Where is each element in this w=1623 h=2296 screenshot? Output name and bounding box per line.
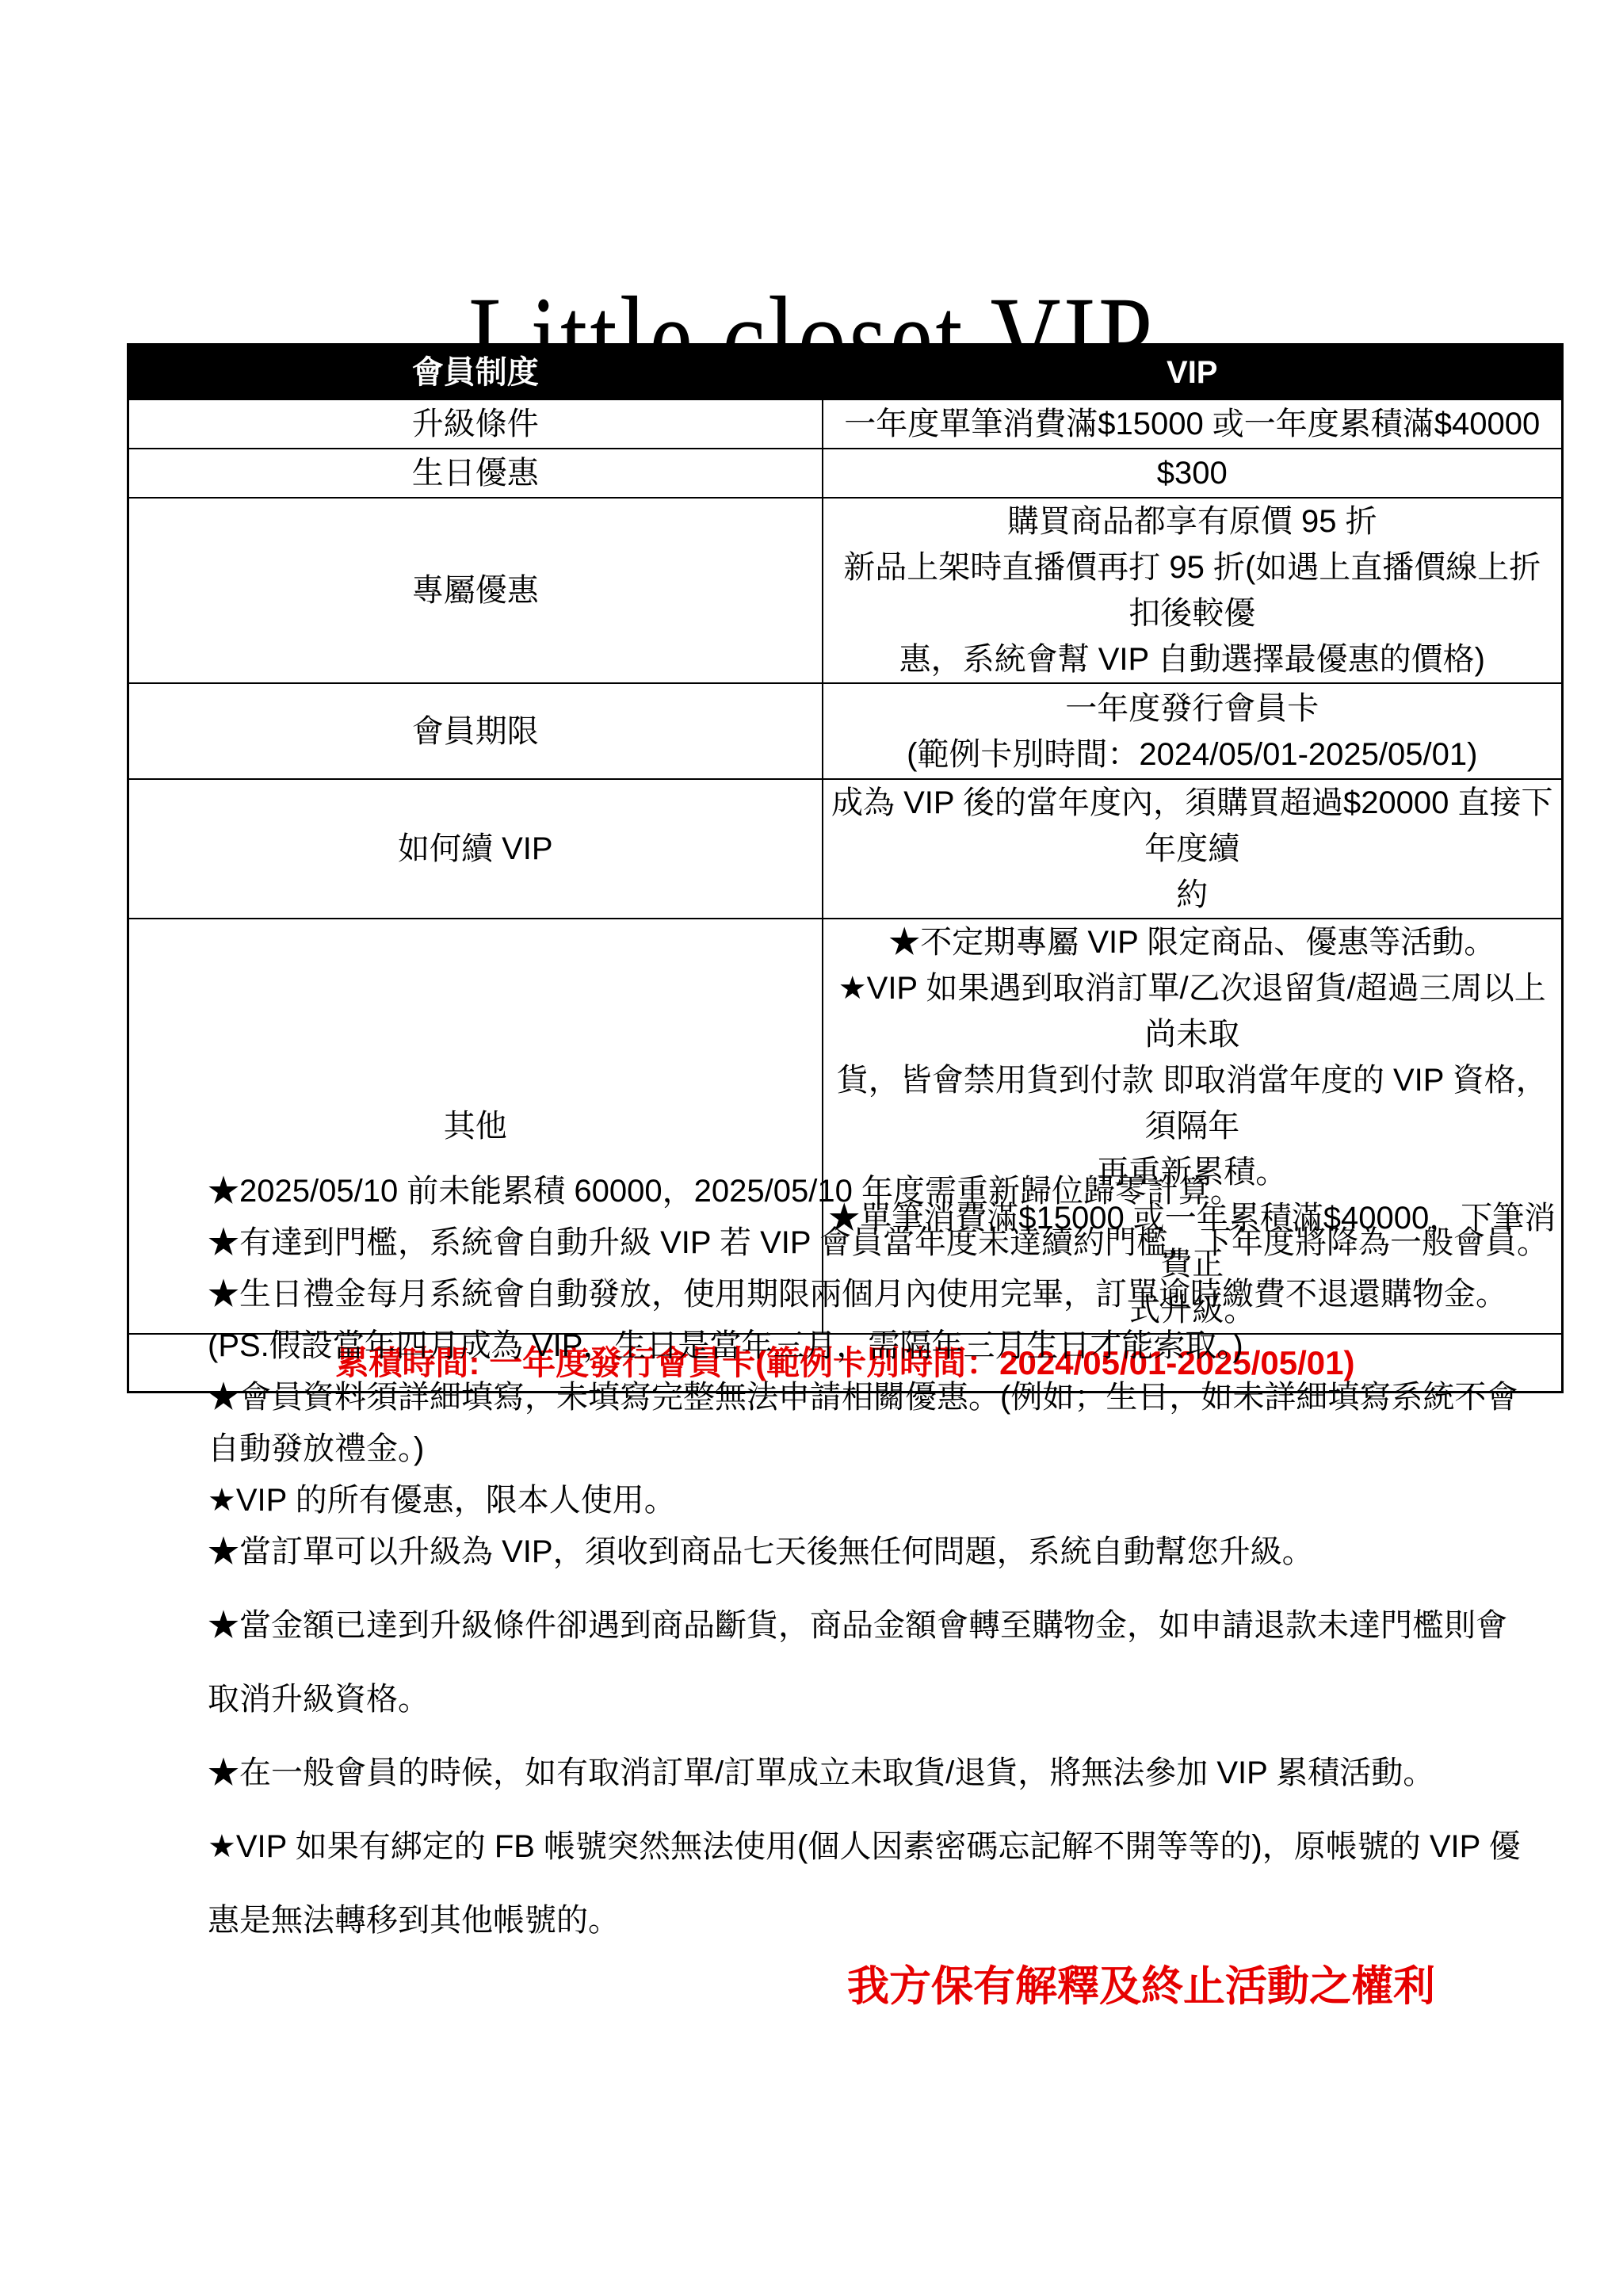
note-line: (PS.假設當年四月成為 VIP，生日是當年三月，需隔年三月生日才能索取。) (208, 1329, 1476, 1362)
note-line: 惠是無法轉移到其他帳號的。 (208, 1904, 1476, 1937)
note-line: ★VIP 的所有優惠，限本人使用。 (208, 1484, 1476, 1517)
note-line: ★VIP 如果有綁定的 FB 帳號突然無法使用(個人因素密碼忘記解不開等等的)，… (208, 1830, 1476, 1863)
row-value-membership-period: 一年度發行會員卡 (範例卡別時間：2024/05/01-2025/05/01) (823, 683, 1563, 779)
row-label-renew-vip: 如何續 VIP (128, 779, 823, 919)
table-row: 升級條件 一年度單筆消費滿$15000 或一年度累積滿$40000 (128, 399, 1563, 449)
row-value-upgrade-condition: 一年度單筆消費滿$15000 或一年度累積滿$40000 (823, 399, 1563, 449)
row-value-birthday-benefit: $300 (823, 449, 1563, 498)
note-line: ★有達到門檻，系統會自動升級 VIP 若 VIP 會員當年度未達續約門檻，下年度… (208, 1226, 1476, 1259)
row-label-exclusive-benefit: 專屬優惠 (128, 498, 823, 683)
note-line: ★生日禮金每月系統會自動發放，使用期限兩個月內使用完畢，訂單逾時繳費不退還購物金… (208, 1278, 1476, 1311)
table-row: 生日優惠 $300 (128, 449, 1563, 498)
note-line: ★當訂單可以升級為 VIP，須收到商品七天後無任何問題，系統自動幫您升級。 (208, 1535, 1476, 1568)
note-line: ★當金額已達到升級條件卻遇到商品斷貨，商品金額會轉至購物金，如申請退款未達門檻則… (208, 1609, 1476, 1642)
table-row: 專屬優惠 購買商品都享有原價 95 折 新品上架時直播價再打 95 折(如遇上直… (128, 498, 1563, 683)
table-row: 會員期限 一年度發行會員卡 (範例卡別時間：2024/05/01-2025/05… (128, 683, 1563, 779)
header-vip: VIP (823, 345, 1563, 400)
table-header-row: 會員制度 VIP (128, 345, 1563, 400)
note-line: ★2025/05/10 前未能累積 60000，2025/05/10 年度需重新… (208, 1175, 1476, 1208)
notes-section: ★2025/05/10 前未能累積 60000，2025/05/10 年度需重新… (208, 1175, 1476, 1977)
note-line: ★會員資料須詳細填寫，未填寫完整無法申請相關優惠。(例如；生日，如未詳細填寫系統… (208, 1381, 1476, 1414)
row-value-exclusive-benefit: 購買商品都享有原價 95 折 新品上架時直播價再打 95 折(如遇上直播價線上折… (823, 498, 1563, 683)
note-line: ★在一般會員的時候，如有取消訂單/訂單成立未取貨/退貨，將無法參加 VIP 累積… (208, 1756, 1476, 1790)
header-membership-system: 會員制度 (128, 345, 823, 400)
row-label-membership-period: 會員期限 (128, 683, 823, 779)
note-line: 自動發放禮金。) (208, 1432, 1476, 1465)
table-row: 如何續 VIP 成為 VIP 後的當年度內，須購買超過$20000 直接下年度續… (128, 779, 1563, 919)
row-label-birthday-benefit: 生日優惠 (128, 449, 823, 498)
note-line: 取消升級資格。 (208, 1683, 1476, 1716)
row-label-upgrade-condition: 升級條件 (128, 399, 823, 449)
row-value-renew-vip: 成為 VIP 後的當年度內，須購買超過$20000 直接下年度續 約 (823, 779, 1563, 919)
disclaimer-text: 我方保有解釋及終止活動之權利 (658, 1962, 1623, 2011)
